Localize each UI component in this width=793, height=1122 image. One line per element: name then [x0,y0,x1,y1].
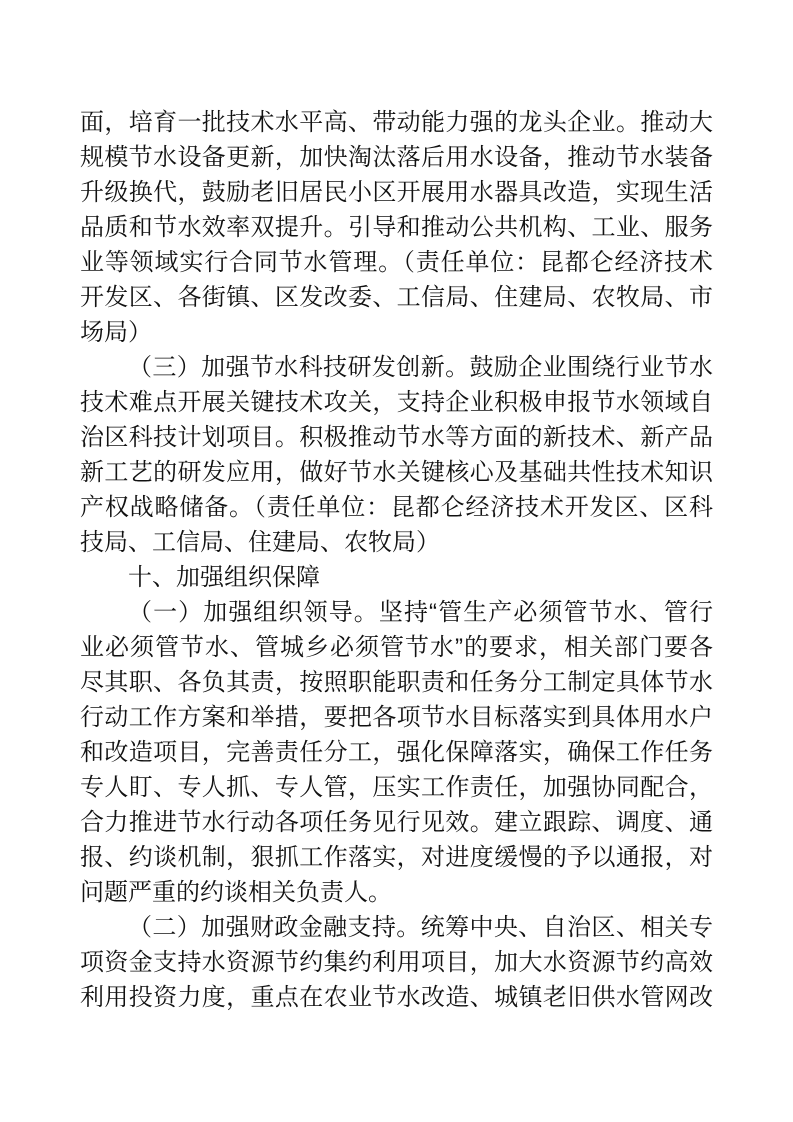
text-line: 治区科技计划项目。积极推动节水等方面的新技术、新产品 [80,420,713,455]
text-line: 和改造项目，完善责任分工，强化保障落实，确保工作任务 [80,735,713,770]
text-line: 业必须管节水、管城乡必须管节水”的要求，相关部门要各 [80,630,713,665]
text-line: 升级换代，鼓励老旧居民小区开展用水器具改造，实现生活 [80,175,713,210]
text-line: 行动工作方案和举措，要把各项节水目标落实到具体用水户 [80,700,713,735]
text-line: 尽其职、各负其责，按照职能职责和任务分工制定具体节水 [80,665,713,700]
text-line: 项资金支持水资源节约集约利用项目，加大水资源节约高效 [80,945,713,980]
text-line: 问题严重的约谈相关负责人。 [80,875,713,910]
text-line: 专人盯、专人抓、专人管，压实工作责任，加强协同配合， [80,770,713,805]
text-line: 场局） [80,315,713,350]
text-line: 业等领域实行合同节水管理。（责任单位：昆都仑经济技术 [80,245,713,280]
text-line: 利用投资力度，重点在农业节水改造、城镇老旧供水管网改 [80,980,713,1015]
text-line: 新工艺的研发应用，做好节水关键核心及基础共性技术知识 [80,455,713,490]
text-line: 报、约谈机制，狠抓工作落实，对进度缓慢的予以通报，对 [80,840,713,875]
document-page: 面，培育一批技术水平高、带动能力强的龙头企业。推动大规模节水设备更新，加快淘汰落… [0,0,793,1122]
text-line: 开发区、各街镇、区发改委、工信局、住建局、农牧局、市 [80,280,713,315]
text-line: 面，培育一批技术水平高、带动能力强的龙头企业。推动大 [80,105,713,140]
text-line: 技局、工信局、住建局、农牧局） [80,525,713,560]
text-line: 产权战略储备。（责任单位：昆都仑经济技术开发区、区科 [80,490,713,525]
text-line: （二）加强财政金融支持。统筹中央、自治区、相关专 [80,910,713,945]
text-line: 合力推进节水行动各项任务见行见效。建立跟踪、调度、通 [80,805,713,840]
text-line: （三）加强节水科技研发创新。鼓励企业围绕行业节水 [80,350,713,385]
text-block: 面，培育一批技术水平高、带动能力强的龙头企业。推动大规模节水设备更新，加快淘汰落… [80,105,713,1015]
text-line: 规模节水设备更新，加快淘汰落后用水设备，推动节水装备 [80,140,713,175]
text-line: 技术难点开展关键技术攻关，支持企业积极申报节水领域自 [80,385,713,420]
text-line: （一）加强组织领导。坚持“管生产必须管节水、管行 [80,595,713,630]
text-line: 十、加强组织保障 [80,560,713,595]
text-line: 品质和节水效率双提升。引导和推动公共机构、工业、服务 [80,210,713,245]
